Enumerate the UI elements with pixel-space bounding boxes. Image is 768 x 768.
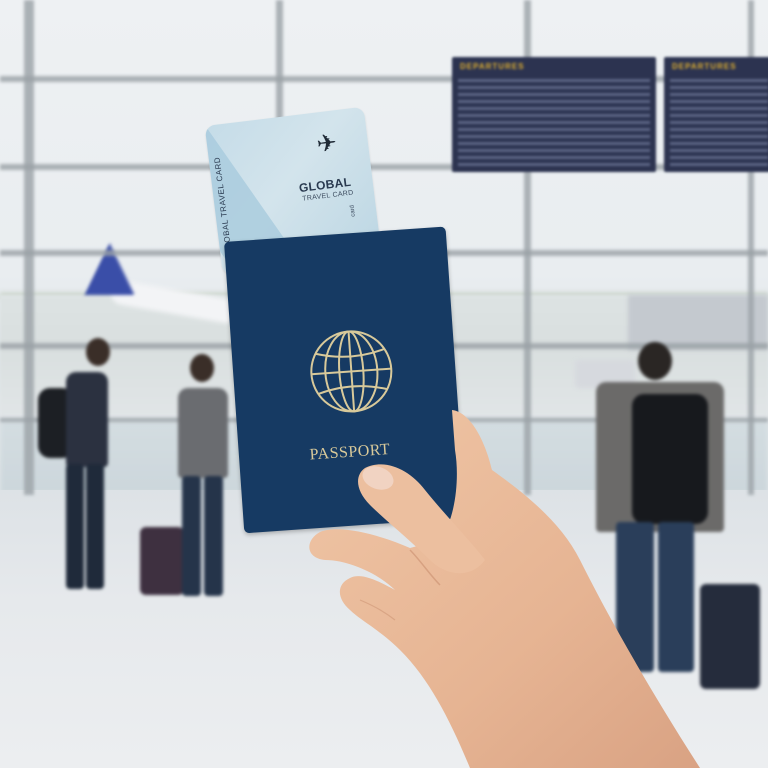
head: [86, 338, 110, 366]
traveler-right: [592, 338, 768, 698]
leg: [182, 476, 201, 596]
torso: [66, 372, 108, 467]
departure-board-rows: [458, 79, 650, 166]
biometric-chip-icon: [365, 483, 388, 499]
suitcase: [140, 527, 184, 595]
departure-board-header: DEPARTURES: [460, 62, 648, 70]
departure-board: DEPARTURES: [664, 57, 768, 172]
leg: [616, 522, 654, 672]
torso: [178, 388, 228, 478]
leg: [658, 522, 694, 672]
passport: PASSPORT: [224, 227, 466, 534]
card-edge-text: card: [349, 205, 356, 217]
traveler-left-suitcase: [138, 352, 248, 612]
departure-board: DEPARTURES: [452, 57, 656, 172]
departure-board-header: DEPARTURES: [672, 62, 766, 70]
airport-scene: DEPARTURES DEPARTURES GLOBAL TRAVEL CARD…: [0, 0, 768, 768]
backpack: [632, 394, 708, 524]
head: [638, 342, 672, 380]
airplane-icon: ✈: [310, 128, 343, 161]
leg: [66, 464, 84, 589]
globe-icon: [307, 327, 397, 417]
head: [190, 354, 214, 382]
leg: [204, 476, 223, 596]
suitcase: [700, 584, 760, 689]
leg: [86, 464, 104, 589]
traveler-left-backpack: [36, 336, 136, 606]
departure-board-rows: [670, 79, 768, 166]
passport-title: PASSPORT: [239, 436, 462, 469]
